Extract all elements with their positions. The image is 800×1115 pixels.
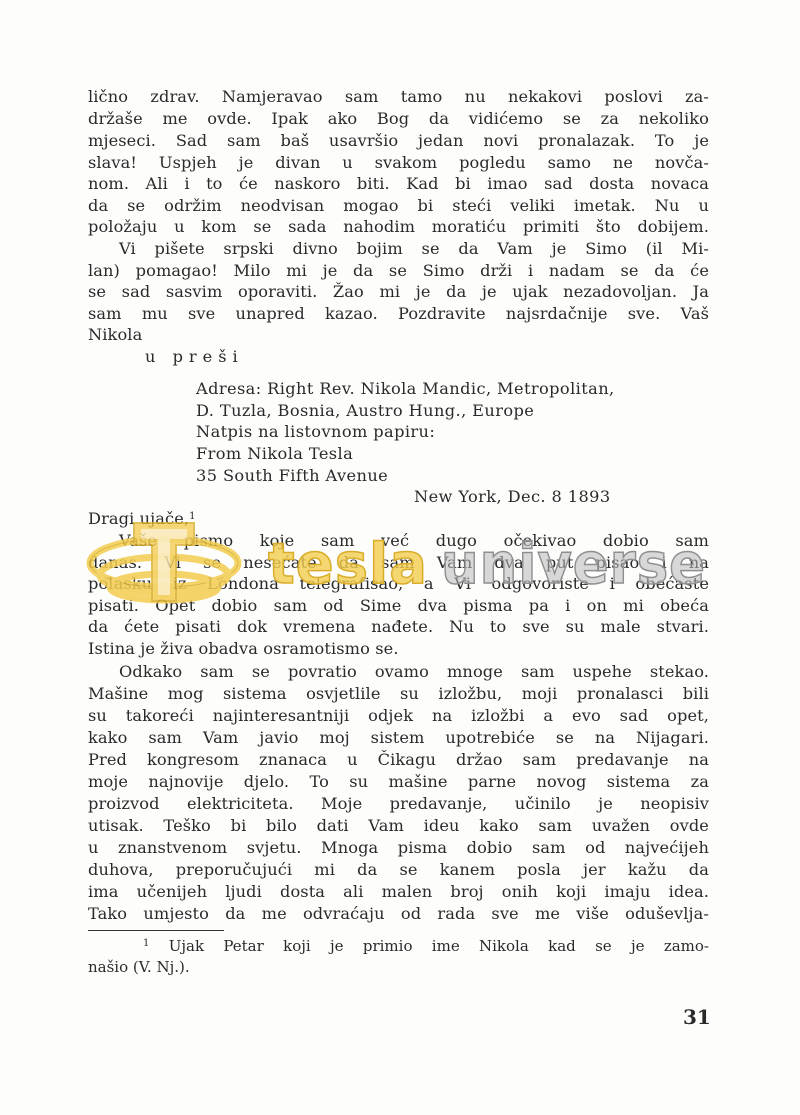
footnote-line: našio (V. Nj.). — [88, 957, 709, 977]
text-line: pisati. Opet dobio sam od Sime dva pisma… — [88, 595, 709, 617]
footnote-text: Ujak Petar koji je primio ime Nikola kad… — [169, 937, 709, 955]
text-line: mjeseci. Sad sam baš usavršio jedan novi… — [88, 130, 709, 152]
page-number: 31 — [683, 1005, 711, 1029]
salutation-text: Dragi ujače, — [88, 509, 189, 528]
text-line: Mašine mog sistema osvjetlile su izložbu… — [88, 683, 709, 705]
text-line: u znanstvenom svjetu. Mnoga pisma dobio … — [88, 837, 709, 859]
text-line: sam mu sve unapred kazao. Pozdravite naj… — [88, 303, 709, 325]
text-line: slava! Uspjeh je divan u svakom pogledu … — [88, 152, 709, 174]
address-line: Adresa: Right Rev. Nikola Mandic, Metrop… — [196, 378, 615, 400]
text-line: utisak. Teško bi bilo dati Vam ideu kako… — [88, 815, 709, 837]
text-line: moje najnovije djelo. To su mašine parne… — [88, 771, 709, 793]
scanned-book-page: lično zdrav. Namjeravao sam tamo nu neka… — [0, 0, 800, 1115]
text-line: se sad sasvim oporaviti. Žao mi je da je… — [88, 281, 709, 303]
text-line: duhova, preporučujući mi da se kanem pos… — [88, 859, 709, 881]
address-line: From Nikola Tesla — [196, 443, 353, 465]
text-line: lan) pomagao! Milo mi je da se Simo drži… — [88, 260, 709, 282]
text-line: polasku iz Londona telegrafisao, a Vi od… — [88, 573, 709, 595]
footnote-reference: 1 — [189, 511, 195, 522]
text-line: ima učenijeh ljudi dosta ali malen broj … — [88, 881, 709, 903]
text-line: da ćete pisati dok vremena nađete. Nu to… — [88, 616, 709, 638]
text-line: Istina je živa obadva osramotismo se. — [88, 638, 709, 660]
text-line: kako sam Vam javio moj sistem upotrebiće… — [88, 727, 709, 749]
text-line: Vaše pismo koje sam već dugo očekivao do… — [88, 530, 709, 552]
in-haste-note: u preši — [145, 347, 244, 366]
footnote-mark: 1 — [143, 938, 149, 949]
text-line: danas. Vi se nesećate da sam Vam dva put… — [88, 552, 709, 574]
address-line: 35 South Fifth Avenue — [196, 465, 388, 487]
text-line: Tako umjesto da me odvraćaju od rada sve… — [88, 903, 709, 925]
text-line: nom. Ali i to će naskoro biti. Kad bi im… — [88, 173, 709, 195]
text-line: Vi pišete srpski divno bojim se da Vam j… — [88, 238, 709, 260]
text-line: da se održim neodvisan mogao bi steći ve… — [88, 195, 709, 217]
address-line: D. Tuzla, Bosnia, Austro Hung., Europe — [196, 400, 534, 422]
text-line: Odkako sam se povratio ovamo mnoge sam u… — [88, 661, 709, 683]
footnote-line: 1 Ujak Petar koji je primio ime Nikola k… — [88, 936, 709, 956]
text-line: su takoreći najinteresantniji odjek na i… — [88, 705, 709, 727]
dateline: New York, Dec. 8 1893 — [414, 486, 611, 508]
footnote-divider — [88, 930, 224, 931]
text-line: Pred kongresom znanaca u Čikagu držao sa… — [88, 749, 709, 771]
salutation: Dragi ujače,1 — [88, 508, 709, 530]
signature: Nikola — [88, 324, 709, 346]
address-line: Natpis na listovnom papiru: — [196, 421, 435, 443]
text-line: držaše me ovde. Ipak ako Bog da vidićemo… — [88, 108, 709, 130]
text-line: proizvod elektriciteta. Moje predavanje,… — [88, 793, 709, 815]
text-line: lično zdrav. Namjeravao sam tamo nu neka… — [88, 86, 709, 108]
text-line: položaju u kom se sada nahodim moratiću … — [88, 216, 709, 238]
